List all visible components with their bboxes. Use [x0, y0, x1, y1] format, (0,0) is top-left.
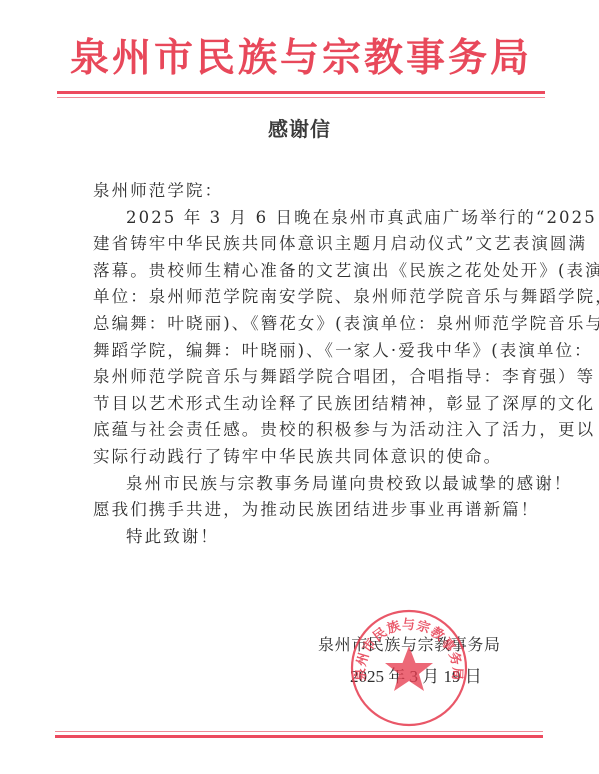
letterhead-divider-thin [57, 97, 545, 98]
closing-line: 特此致谢！ [93, 524, 538, 551]
salutation: 泉州师范学院： [93, 178, 538, 205]
body-line: 2025 年 3 月 6 日晚在泉州市真武庙广场举行的“2025 年福 [93, 205, 538, 232]
letter-body: 泉州师范学院： 2025 年 3 月 6 日晚在泉州市真武庙广场举行的“2025… [93, 178, 538, 550]
thanks-line: 泉州市民族与宗教事务局谨向贵校致以最诚挚的感谢！ [93, 471, 538, 498]
document-title: 感谢信 [0, 115, 599, 143]
body-line: 底蕴与社会责任感。贵校的积极参与为活动注入了活力，更以 [93, 417, 538, 444]
body-line: 节目以艺术形式生动诠释了民族团结精神，彰显了深厚的文化 [93, 391, 538, 418]
body-line: 建省铸牢中华民族共同体意识主题月启动仪式”文艺表演圆满 [93, 231, 538, 258]
body-line: 落幕。贵校师生精心准备的文艺演出《民族之花处处开》(表演 [93, 258, 538, 285]
body-line: 实际行动践行了铸牢中华民族共同体意识的使命。 [93, 444, 538, 471]
wish-line: 愿我们携手共进，为推动民族团结进步事业再谱新篇！ [93, 497, 538, 524]
footer-divider-thick [55, 735, 543, 738]
signature-block: 泉州市民族与宗教事务局 2025 年 3 月 19 日 [318, 632, 498, 690]
letterhead-divider-thick [57, 91, 545, 94]
body-line: 总编舞：叶晓丽)、《簪花女》(表演单位：泉州师范学院音乐与 [93, 311, 538, 338]
body-line: 单位：泉州师范学院南安学院、泉州师范学院音乐与舞蹈学院， [93, 284, 538, 311]
body-line: 舞蹈学院，编舞：叶晓丽)、《一家人·爱我中华》(表演单位： [93, 338, 538, 365]
letterhead-title: 泉州市民族与宗教事务局 [57, 34, 545, 82]
footer-divider-thin [55, 731, 543, 732]
signature-organization: 泉州市民族与宗教事务局 [318, 632, 498, 658]
signature-date: 2025 年 3 月 19 日 [318, 664, 498, 690]
body-line: 泉州师范学院音乐与舞蹈学院合唱团，合唱指导：李育强）等 [93, 364, 538, 391]
